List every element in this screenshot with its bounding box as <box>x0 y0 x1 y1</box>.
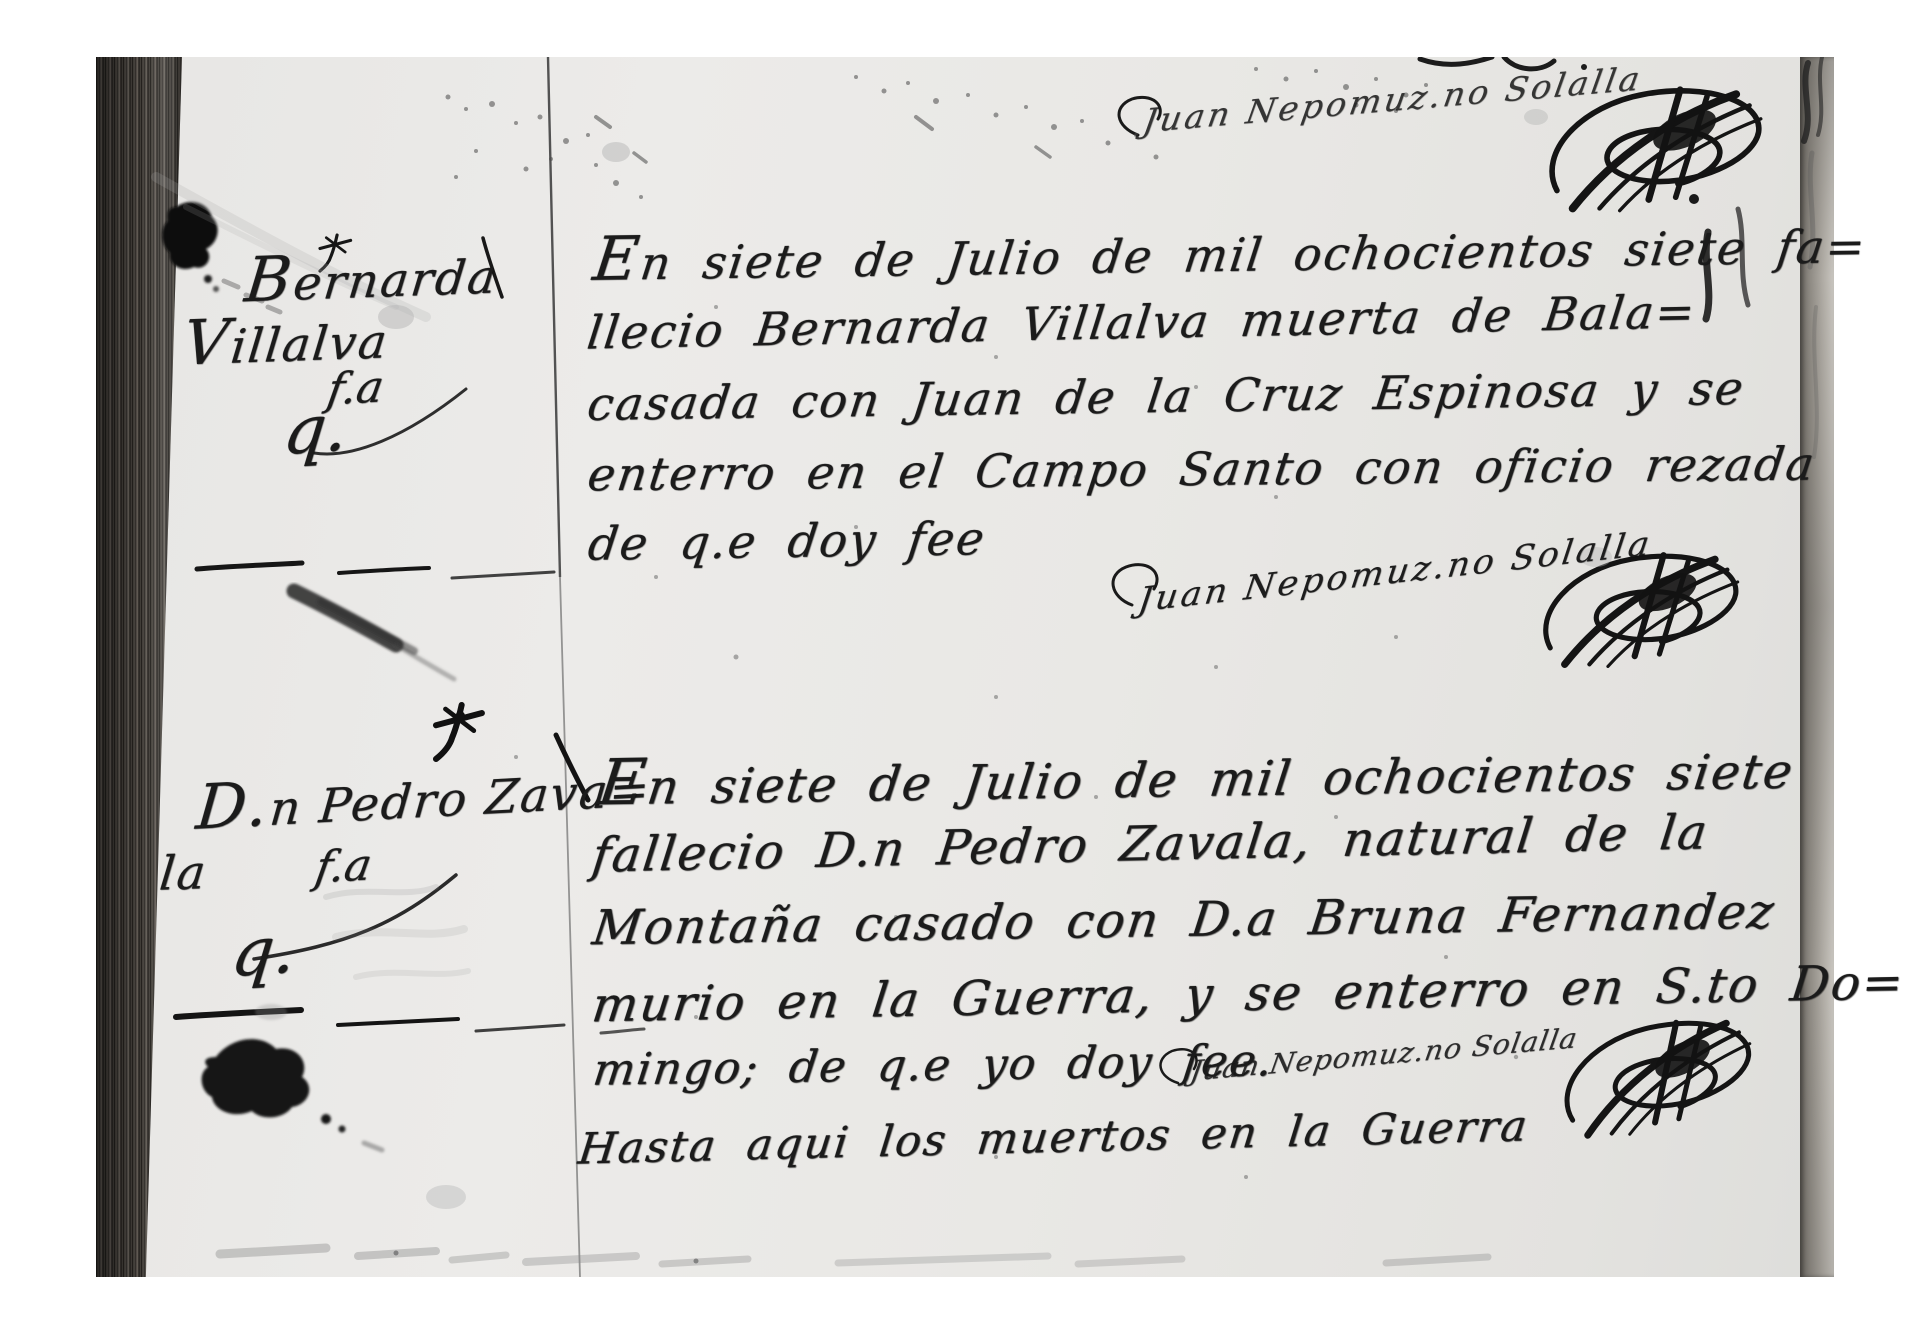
entry-2-margin-abbrev-fa: f.a <box>312 844 375 891</box>
entry-2-line-5: mingo; de q.e yo doy fee. <box>591 1039 1277 1092</box>
entry-1-line-4: enterro en el Campo Santo con oficio rez… <box>585 441 1818 498</box>
entry-2-margin-name-cont: la <box>157 849 209 898</box>
entry-2-margin-abbrev-q: q. <box>228 917 299 987</box>
entry-1-line-5: de q.e doy fee <box>586 515 989 567</box>
scan-area: Juan Nepomuz.no Solalla Bernarda Villalv… <box>96 57 1834 1277</box>
entry-1-margin-name: Bernarda <box>242 241 501 312</box>
entry-1-margin-abbrev-q: q. <box>280 395 351 465</box>
scanned-register-page: Juan Nepomuz.no Solalla Bernarda Villalv… <box>0 0 1920 1335</box>
